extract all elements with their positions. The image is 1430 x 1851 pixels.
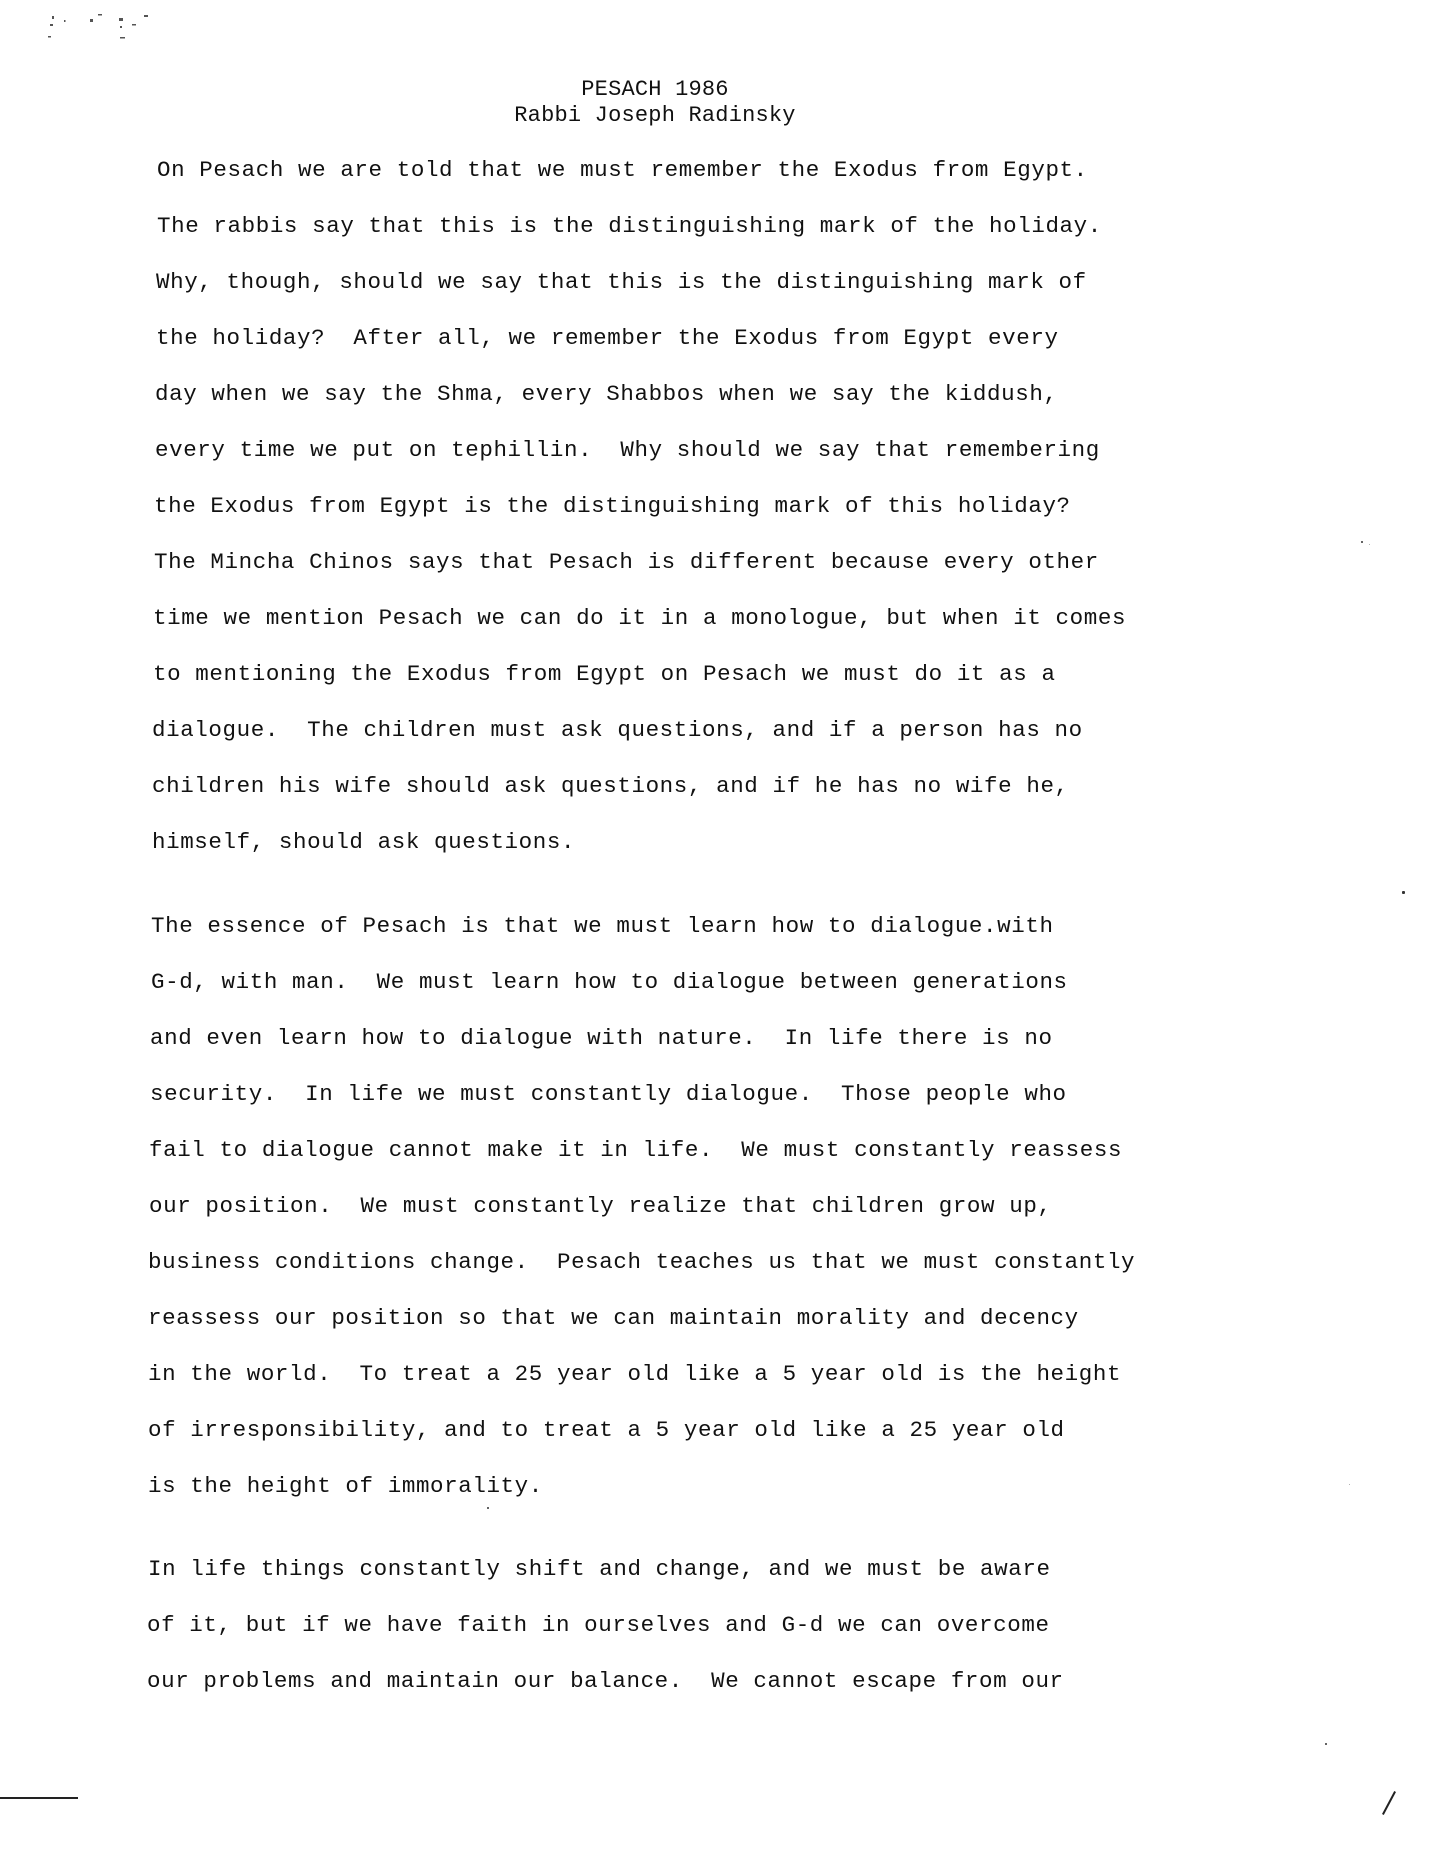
text-line: G-d, with man. We must learn how to dial… xyxy=(151,969,1068,995)
document-author: Rabbi Joseph Radinsky xyxy=(0,102,1310,129)
text-line: The Mincha Chinos says that Pesach is di… xyxy=(154,549,1099,575)
pen-stroke-mark xyxy=(1382,1791,1396,1815)
text-line: our problems and maintain our balance. W… xyxy=(147,1668,1064,1694)
scan-speck xyxy=(1349,1484,1350,1485)
text-line: of it, but if we have faith in ourselves… xyxy=(147,1612,1050,1638)
text-line: our position. We must constantly realize… xyxy=(149,1193,1052,1219)
text-line: is the height of immorality. xyxy=(148,1473,543,1499)
text-line: time we mention Pesach we can do it in a… xyxy=(153,605,1126,631)
text-line: The essence of Pesach is that we must le… xyxy=(151,913,1054,939)
text-line: security. In life we must constantly dia… xyxy=(150,1081,1067,1107)
text-line: On Pesach we are told that we must remem… xyxy=(157,157,1088,183)
scan-speck xyxy=(1325,1743,1327,1745)
text-line: day when we say the Shma, every Shabbos … xyxy=(155,381,1058,407)
text-line: The rabbis say that this is the distingu… xyxy=(157,213,1102,239)
text-line: fail to dialogue cannot make it in life.… xyxy=(149,1137,1122,1163)
text-line: Why, though, should we say that this is … xyxy=(156,269,1087,295)
text-line: business conditions change. Pesach teach… xyxy=(148,1249,1135,1275)
text-line: dialogue. The children must ask question… xyxy=(152,717,1083,743)
scanned-page: PESACH 1986 Rabbi Joseph Radinsky On Pes… xyxy=(0,0,1430,1851)
text-line: In life things constantly shift and chan… xyxy=(148,1556,1051,1582)
scan-speck xyxy=(487,1507,489,1509)
text-line: to mentioning the Exodus from Egypt on P… xyxy=(153,661,1056,687)
text-line: and even learn how to dialogue with natu… xyxy=(150,1025,1053,1051)
text-line: himself, should ask questions. xyxy=(152,829,575,855)
document-title: PESACH 1986 xyxy=(0,76,1310,103)
text-line: every time we put on tephillin. Why shou… xyxy=(155,437,1100,463)
scan-speck xyxy=(1369,544,1370,545)
text-line: the Exodus from Egypt is the distinguish… xyxy=(154,493,1071,519)
text-line: the holiday? After all, we remember the … xyxy=(156,325,1059,351)
scan-speck xyxy=(1361,541,1363,543)
text-line: children his wife should ask questions, … xyxy=(152,773,1069,799)
scan-speck xyxy=(1402,891,1405,894)
text-line: in the world. To treat a 25 year old lik… xyxy=(148,1361,1121,1387)
scan-edge-mark xyxy=(0,1797,78,1799)
text-line: of irresponsibility, and to treat a 5 ye… xyxy=(148,1417,1065,1443)
scan-artifact-marks xyxy=(40,10,170,45)
text-line: reassess our position so that we can mai… xyxy=(148,1305,1079,1331)
